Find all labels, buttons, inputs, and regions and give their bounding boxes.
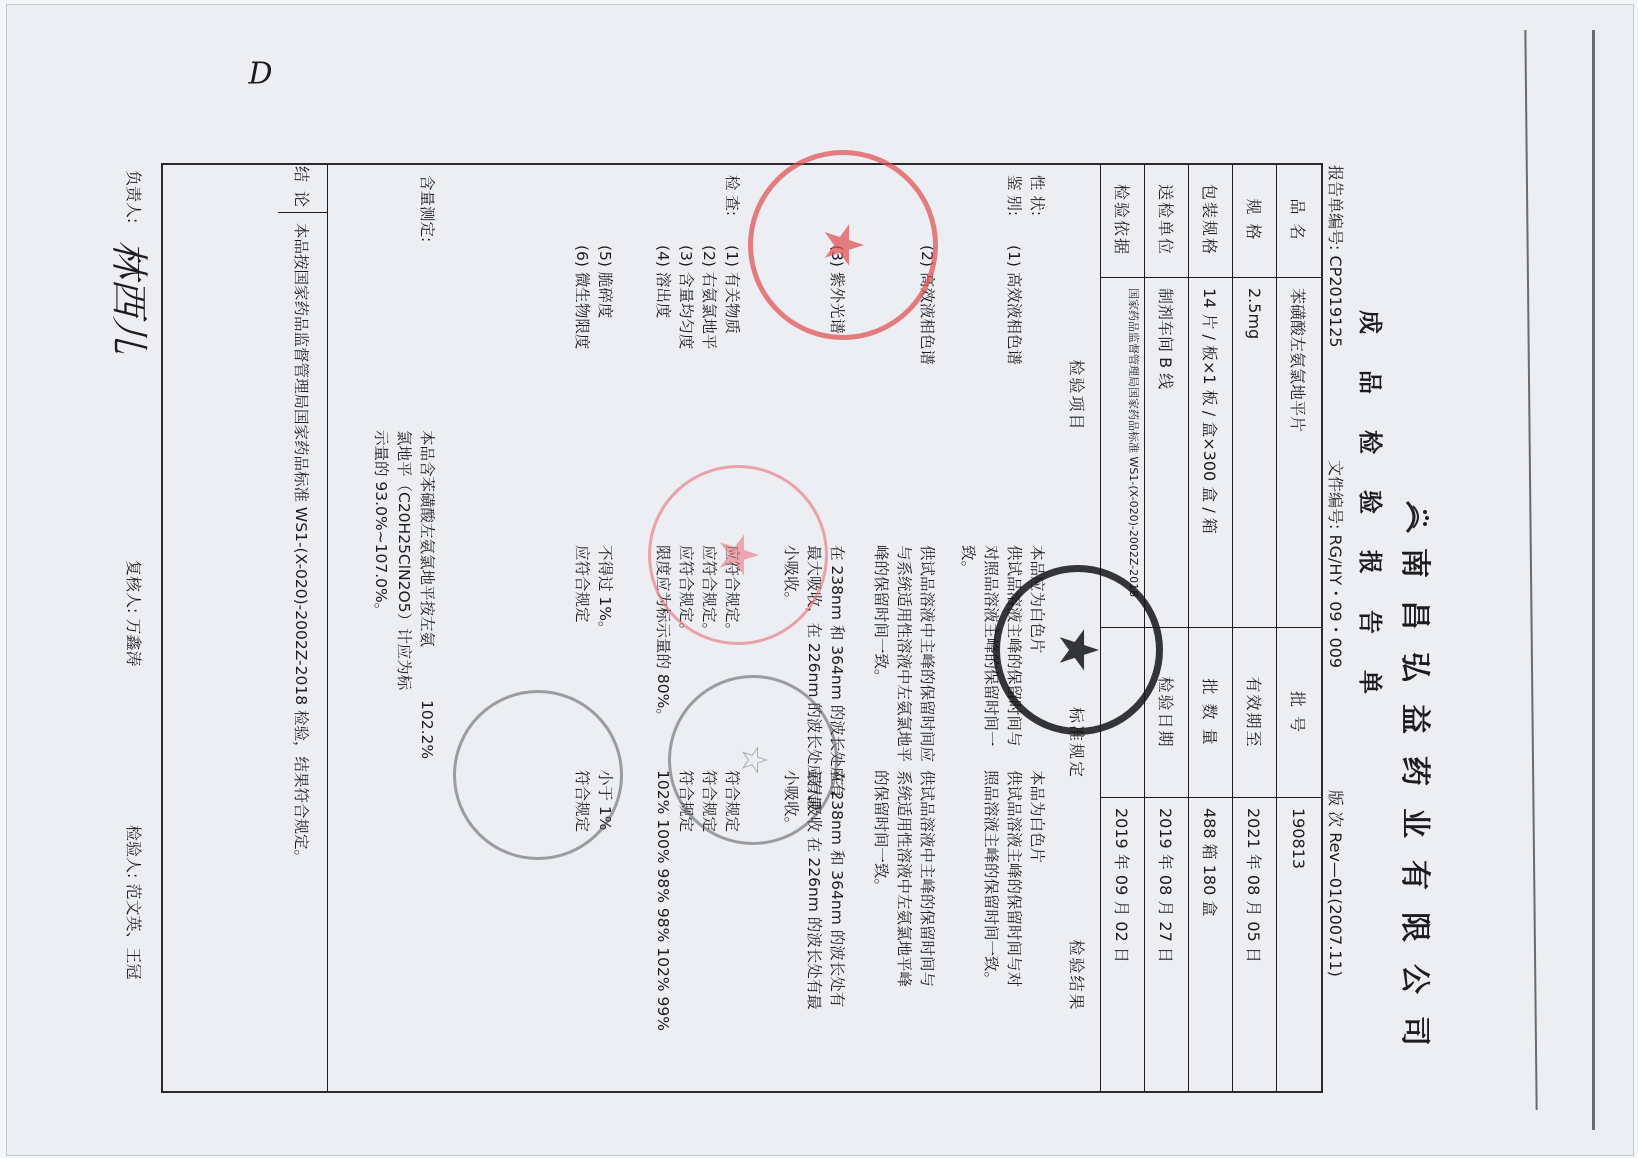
file-number: 文件编号: RG/HY・09・009: [1325, 460, 1348, 668]
info-label-2: 批 数 量: [1189, 628, 1233, 798]
assay-label: 含量测定:: [415, 175, 438, 242]
info-label: 品 名: [1277, 163, 1321, 278]
info-label: 检验依据: [1101, 163, 1145, 278]
info-label-2: 有效期至: [1233, 628, 1277, 798]
company-name: 南昌弘益药业有限公司: [1396, 548, 1440, 1068]
seal-grey: ☆: [668, 675, 838, 845]
info-label: 规 格: [1233, 163, 1277, 278]
info-label: 包装规格: [1189, 163, 1233, 278]
company-header: 南昌弘益药业有限公司: [1396, 500, 1440, 1068]
info-value-2: 2019 年 08 月 27 日: [1145, 798, 1189, 1093]
responsible-label: 负责人:: [122, 170, 145, 223]
handwritten-mark: D: [248, 57, 272, 92]
info-label: 送检单位: [1145, 163, 1189, 278]
star-icon: ★: [816, 221, 870, 269]
inspector: 检验人: 范文英、王冠: [122, 825, 145, 980]
company-seal-red: ★: [748, 150, 938, 340]
info-value-2: 2021 年 08 月 05 日: [1233, 798, 1277, 1093]
info-value-2: 190813: [1277, 798, 1321, 1093]
company-logo-icon: [1403, 500, 1433, 534]
identification-result: 供试品溶液主峰的保留时间与对照品溶液主峰的保留时间一致。: [979, 770, 1025, 987]
inspection-item: (4) 溶出度: [651, 245, 674, 318]
reviewer: 复核人: 万鑫涛: [122, 560, 145, 667]
quality-inspection-seal: ★: [993, 565, 1163, 735]
conclusion-label: 结 论: [278, 163, 328, 213]
seal-pink: ★: [648, 465, 828, 645]
info-value: 14 片 / 板×1 板 / 盒×300 盒 / 箱: [1189, 278, 1233, 628]
star-icon: ★: [1051, 626, 1105, 674]
info-value: 2.5mg: [1233, 278, 1277, 628]
seal-grey-2: [453, 690, 623, 860]
identification-item: (1) 高效液相色谱: [1002, 245, 1025, 365]
inspection-item: (5) 脆碎度: [593, 245, 616, 318]
header-result: 检验结果: [1055, 858, 1101, 1093]
inspection-report-page: D 南昌弘益药业有限公司 成品检验报告单 报告单编号: CP2019125 文件…: [0, 0, 1638, 1158]
version: 版 次 Rev—01(2007.11): [1325, 790, 1348, 977]
inspection-item: (3) 含量均匀度: [674, 245, 697, 349]
info-value-2: 2019 年 09 月 02 日: [1101, 798, 1145, 1093]
star-icon: ☆: [735, 744, 771, 776]
inspection-standard: 不得过 1%。: [593, 545, 616, 637]
appearance-label: 性 状:: [1025, 175, 1048, 216]
conclusion-text: 本品按国家药品监督管理局国家药品标准 WS1-(X-020)-2002Z-201…: [278, 213, 328, 1093]
inspection-item: (2) 右氨氯地平: [697, 245, 720, 349]
inspection-label: 检 查:: [720, 175, 743, 216]
assay-result: 102.2%: [415, 700, 438, 759]
responsible-signature: 林西儿: [105, 240, 160, 354]
info-value-2: 488 箱 180 盒: [1189, 798, 1233, 1093]
inspection-standard: 应符合规定: [570, 545, 593, 623]
info-value: 苯磺酸左氨氯地平片: [1277, 278, 1321, 628]
appearance-result: 本品为白色片: [1025, 770, 1048, 863]
report-title: 成品检验报告单: [1355, 310, 1390, 730]
info-value: 制剂车间 B 线: [1145, 278, 1189, 628]
assay-standard: 本品含苯磺酸左氨氯地平按左氨 氯地平（C20H25ClN2O5）计应为标 示量的…: [369, 430, 438, 690]
identification-result: 供试品溶液中主峰的保留时间与系统适用性溶液中左氨氯地平峰的保留时间一致。: [869, 770, 938, 987]
identification-label: 鉴 别:: [1002, 175, 1025, 216]
inspection-item: (6) 微生物限度: [570, 245, 593, 349]
report-number: 报告单编号: CP2019125: [1325, 165, 1348, 348]
star-icon: ★: [711, 531, 765, 579]
identification-standard: 供试品溶液中主峰的保留时间应与系统适用性溶液中左氨氯地平峰的保留时间一致。: [869, 545, 938, 762]
inspection-item: (1) 有关物质: [720, 245, 743, 334]
header-item: 检验项目: [1055, 163, 1101, 628]
inspection-result: 102% 100% 98% 98% 102% 99%: [651, 770, 674, 1031]
info-label-2: 批 号: [1277, 628, 1321, 798]
